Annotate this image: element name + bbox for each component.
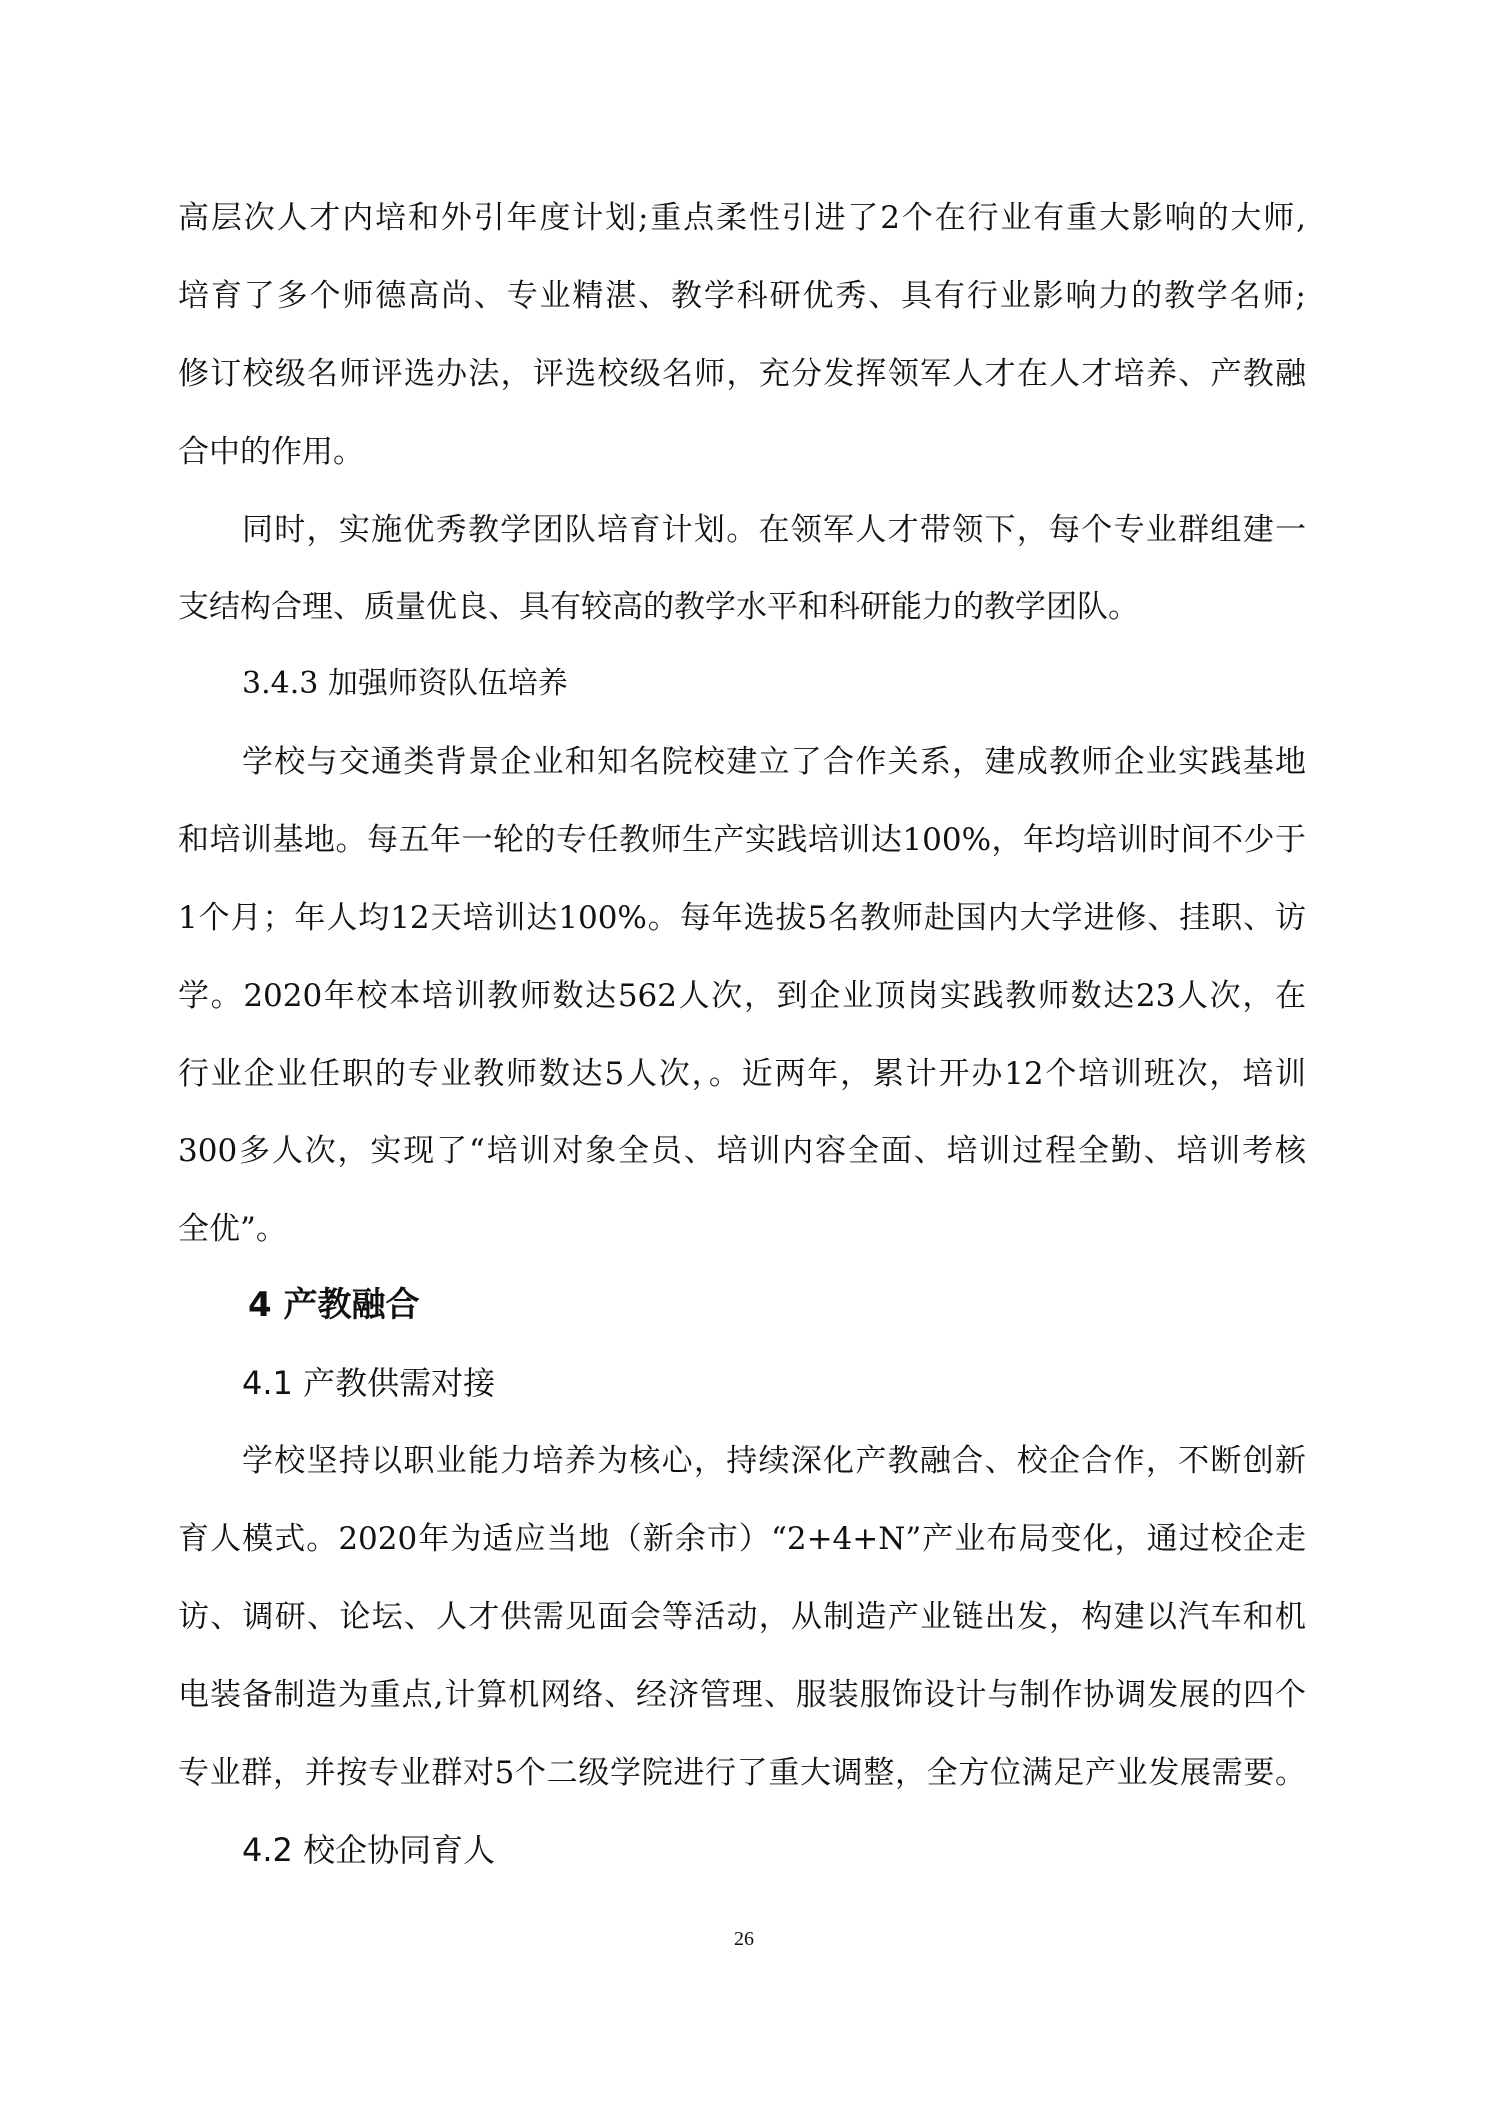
text-line: 电装备制造为重点,计算机网络、经济管理、服装服饰设计与制作协调发展的四个 bbox=[178, 1675, 1306, 1715]
page-number: 26 bbox=[0, 1928, 1488, 1951]
text-line: 合中的作用。 bbox=[178, 432, 1306, 472]
text-line: 行业企业任职的专业教师数达5人次，。近两年，累计开办12个培训班次，培训 bbox=[178, 1054, 1306, 1094]
text-line: 高层次人才内培和外引年度计划;重点柔性引进了2个在行业有重大影响的大师, bbox=[178, 198, 1306, 238]
text-line: 全优”。 bbox=[178, 1209, 1306, 1249]
section-heading-4-1: 4.1 产教供需对接 bbox=[242, 1362, 495, 1404]
text-line: 300多人次，实现了“培训对象全员、培训内容全面、培训过程全勤、培训考核 bbox=[178, 1131, 1306, 1171]
text-line: 和培训基地。每五年一轮的专任教师生产实践培训达100%，年均培训时间不少于 bbox=[178, 820, 1306, 860]
text-line: 学。2020年校本培训教师数达562人次，到企业顶岗实践教师数达23人次，在 bbox=[178, 976, 1306, 1016]
text-line: 培育了多个师德高尚、专业精湛、教学科研优秀、具有行业影响力的教学名师; bbox=[178, 276, 1306, 316]
text-line: 育人模式。2020年为适应当地（新余市）“2+4+N”产业布局变化，通过校企走 bbox=[178, 1519, 1306, 1559]
document-page: 高层次人才内培和外引年度计划;重点柔性引进了2个在行业有重大影响的大师, 培育了… bbox=[0, 0, 1488, 2105]
section-heading-3-4-3: 3.4.3 加强师资队伍培养 bbox=[242, 664, 568, 704]
text-line: 同时，实施优秀教学团队培育计划。在领军人才带领下，每个专业群组建一 bbox=[242, 510, 1306, 550]
text-line: 专业群，并按专业群对5个二级学院进行了重大调整，全方位满足产业发展需要。 bbox=[178, 1753, 1306, 1793]
text-line: 支结构合理、质量优良、具有较高的教学水平和科研能力的教学团队。 bbox=[178, 587, 1306, 627]
text-line: 学校坚持以职业能力培养为核心，持续深化产教融合、校企合作，不断创新 bbox=[242, 1441, 1306, 1481]
text-line: 访、调研、论坛、人才供需见面会等活动，从制造产业链出发，构建以汽车和机 bbox=[178, 1597, 1306, 1637]
chapter-heading-4: 4 产教融合 bbox=[248, 1283, 420, 1327]
text-line: 修订校级名师评选办法，评选校级名师，充分发挥领军人才在人才培养、产教融 bbox=[178, 354, 1306, 394]
text-line: 1个月；年人均12天培训达100%。每年选拔5名教师赴国内大学进修、挂职、访 bbox=[178, 898, 1306, 938]
section-heading-4-2: 4.2 校企协同育人 bbox=[242, 1829, 495, 1871]
text-line: 学校与交通类背景企业和知名院校建立了合作关系，建成教师企业实践基地 bbox=[242, 742, 1306, 782]
